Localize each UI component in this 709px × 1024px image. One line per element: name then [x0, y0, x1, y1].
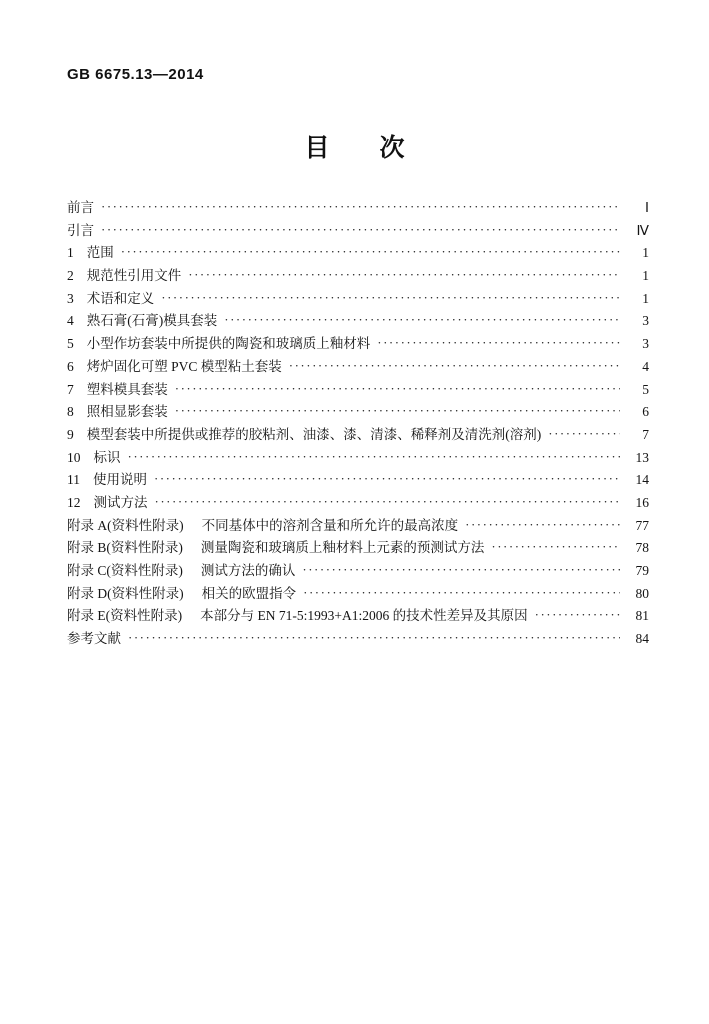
- dot-leader: ········································…: [289, 355, 620, 378]
- toc-entry-appendix-label: 附录 D(资料性附录): [67, 583, 184, 606]
- toc-entry-page: 16: [625, 492, 649, 515]
- toc-entry-number: 12: [67, 492, 81, 515]
- toc-entry: 参考文献····································…: [67, 628, 649, 651]
- toc-entry-appendix-label: 附录 E(资料性附录): [67, 605, 182, 628]
- toc-entry-appendix-label: 附录 C(资料性附录): [67, 560, 183, 583]
- toc-entry-title: 标识: [94, 447, 121, 470]
- standard-number: GB 6675.13—2014: [67, 66, 204, 83]
- toc-entry: 3术语和定义··································…: [67, 288, 649, 311]
- toc-entry: 附录 B(资料性附录)测量陶瓷和玻璃质上釉材料上元素的预测试方法········…: [67, 537, 649, 560]
- toc-entry-title: 烤炉固化可塑 PVC 模型粘土套装: [87, 356, 282, 379]
- toc-entry-appendix-label: 附录 B(资料性附录): [67, 537, 183, 560]
- toc-entry-page: Ⅳ: [625, 220, 649, 243]
- dot-leader: ········································…: [128, 446, 621, 469]
- toc-entry-title: 术语和定义: [87, 288, 155, 311]
- toc-entry-title: 规范性引用文件: [87, 265, 182, 288]
- dot-leader: ········································…: [465, 514, 620, 537]
- toc-entry-title: 使用说明: [93, 469, 147, 492]
- dot-leader: ········································…: [155, 491, 621, 514]
- toc-entry-page: 80: [625, 583, 649, 606]
- toc-entry-title: 本部分与 EN 71-5:1993+A1:2006 的技术性差异及其原因: [200, 605, 527, 628]
- dot-leader: ········································…: [175, 400, 620, 423]
- toc-entry: 6烤炉固化可塑 PVC 模型粘土套装······················…: [67, 356, 649, 379]
- toc-entry: 12测试方法··································…: [67, 492, 649, 515]
- dot-leader: ········································…: [161, 287, 620, 310]
- toc-entry: 11使用说明··································…: [67, 469, 649, 492]
- toc-entry-page: 78: [625, 537, 649, 560]
- dot-leader: ········································…: [101, 219, 620, 242]
- toc-entry: 附录 D(资料性附录)相关的欧盟指令······················…: [67, 583, 649, 606]
- toc-entry: 前言······································…: [67, 197, 649, 220]
- toc-entry-page: 3: [625, 310, 649, 333]
- toc-list: 前言······································…: [67, 197, 649, 651]
- toc-entry: 附录 C(资料性附录)测试方法的确认······················…: [67, 560, 649, 583]
- dot-leader: ········································…: [175, 378, 620, 401]
- toc-entry-appendix-label: 附录 A(资料性附录): [67, 515, 184, 538]
- toc-entry-page: 79: [625, 560, 649, 583]
- toc-entry-page: 5: [625, 379, 649, 402]
- toc-entry-title: 不同基体中的溶剂含量和所允许的最高浓度: [202, 515, 459, 538]
- toc-entry-number: 5: [67, 333, 74, 356]
- dot-leader: ········································…: [302, 559, 620, 582]
- dot-leader: ········································…: [121, 241, 620, 264]
- toc-entry-page: 1: [625, 265, 649, 288]
- toc-entry: 1范围·····································…: [67, 242, 649, 265]
- dot-leader: ········································…: [535, 604, 620, 627]
- toc-entry: 8照相显影套装·································…: [67, 401, 649, 424]
- dot-leader: ········································…: [548, 423, 620, 446]
- toc-entry-title: 测量陶瓷和玻璃质上釉材料上元素的预测试方法: [201, 537, 485, 560]
- toc-entry-title: 模型套装中所提供或推荐的胶粘剂、油漆、漆、清漆、稀释剂及清洗剂(溶剂): [87, 424, 542, 447]
- toc-entry: 5小型作坊套装中所提供的陶瓷和玻璃质上釉材料··················…: [67, 333, 649, 356]
- dot-leader: ········································…: [101, 196, 620, 219]
- toc-entry-page: 13: [625, 447, 649, 470]
- toc-entry: 2规范性引用文件································…: [67, 265, 649, 288]
- toc-entry: 10标识····································…: [67, 447, 649, 470]
- toc-entry-number: 11: [67, 469, 80, 492]
- page-title: 目 次: [0, 128, 709, 164]
- toc-entry-page: 4: [625, 356, 649, 379]
- dot-leader: ········································…: [154, 468, 620, 491]
- toc-entry-title: 参考文献: [67, 628, 121, 651]
- toc-entry: 附录 E(资料性附录)本部分与 EN 71-5:1993+A1:2006 的技术…: [67, 605, 649, 628]
- toc-entry-title: 测试方法的确认: [201, 560, 296, 583]
- toc-entry-page: 81: [625, 605, 649, 628]
- toc-entry-title: 熟石膏(石膏)模具套装: [87, 310, 218, 333]
- toc-entry-page: 84: [625, 628, 649, 651]
- toc-entry-title: 范围: [87, 242, 114, 265]
- toc-entry-number: 2: [67, 265, 74, 288]
- document-page: GB 6675.13—2014 目 次 前言··················…: [0, 0, 709, 1024]
- toc-entry-title: 前言: [67, 197, 94, 220]
- toc-entry-number: 3: [67, 288, 74, 311]
- toc-entry: 9模型套装中所提供或推荐的胶粘剂、油漆、漆、清漆、稀释剂及清洗剂(溶剂)····…: [67, 424, 649, 447]
- toc-entry: 附录 A(资料性附录)不同基体中的溶剂含量和所允许的最高浓度··········…: [67, 515, 649, 538]
- toc-entry-title: 塑料模具套装: [87, 379, 168, 402]
- toc-entry-page: 14: [625, 469, 649, 492]
- toc-entry-page: 7: [625, 424, 649, 447]
- toc-entry-number: 6: [67, 356, 74, 379]
- toc-entry-number: 7: [67, 379, 74, 402]
- toc-entry: 7塑料模具套装·································…: [67, 379, 649, 402]
- toc-entry-title: 小型作坊套装中所提供的陶瓷和玻璃质上釉材料: [87, 333, 371, 356]
- dot-leader: ········································…: [224, 309, 620, 332]
- toc-entry-number: 8: [67, 401, 74, 424]
- toc-entry-title: 照相显影套装: [87, 401, 168, 424]
- toc-entry-page: Ⅰ: [625, 197, 649, 220]
- dot-leader: ········································…: [188, 264, 620, 287]
- toc-entry-number: 10: [67, 447, 81, 470]
- toc-entry-page: 1: [625, 288, 649, 311]
- toc-entry-number: 9: [67, 424, 74, 447]
- dot-leader: ········································…: [491, 536, 620, 559]
- toc-entry-title: 引言: [67, 220, 94, 243]
- toc-entry: 引言······································…: [67, 220, 649, 243]
- toc-entry-number: 4: [67, 310, 74, 333]
- toc-entry-page: 3: [625, 333, 649, 356]
- toc-entry-number: 1: [67, 242, 74, 265]
- toc-entry-title: 相关的欧盟指令: [202, 583, 297, 606]
- toc-entry-page: 77: [625, 515, 649, 538]
- toc-entry: 4熟石膏(石膏)模具套装····························…: [67, 310, 649, 333]
- toc-entry-page: 1: [625, 242, 649, 265]
- dot-leader: ········································…: [377, 332, 620, 355]
- dot-leader: ········································…: [128, 627, 620, 650]
- toc-entry-title: 测试方法: [94, 492, 148, 515]
- toc-entry-page: 6: [625, 401, 649, 424]
- dot-leader: ········································…: [303, 582, 620, 605]
